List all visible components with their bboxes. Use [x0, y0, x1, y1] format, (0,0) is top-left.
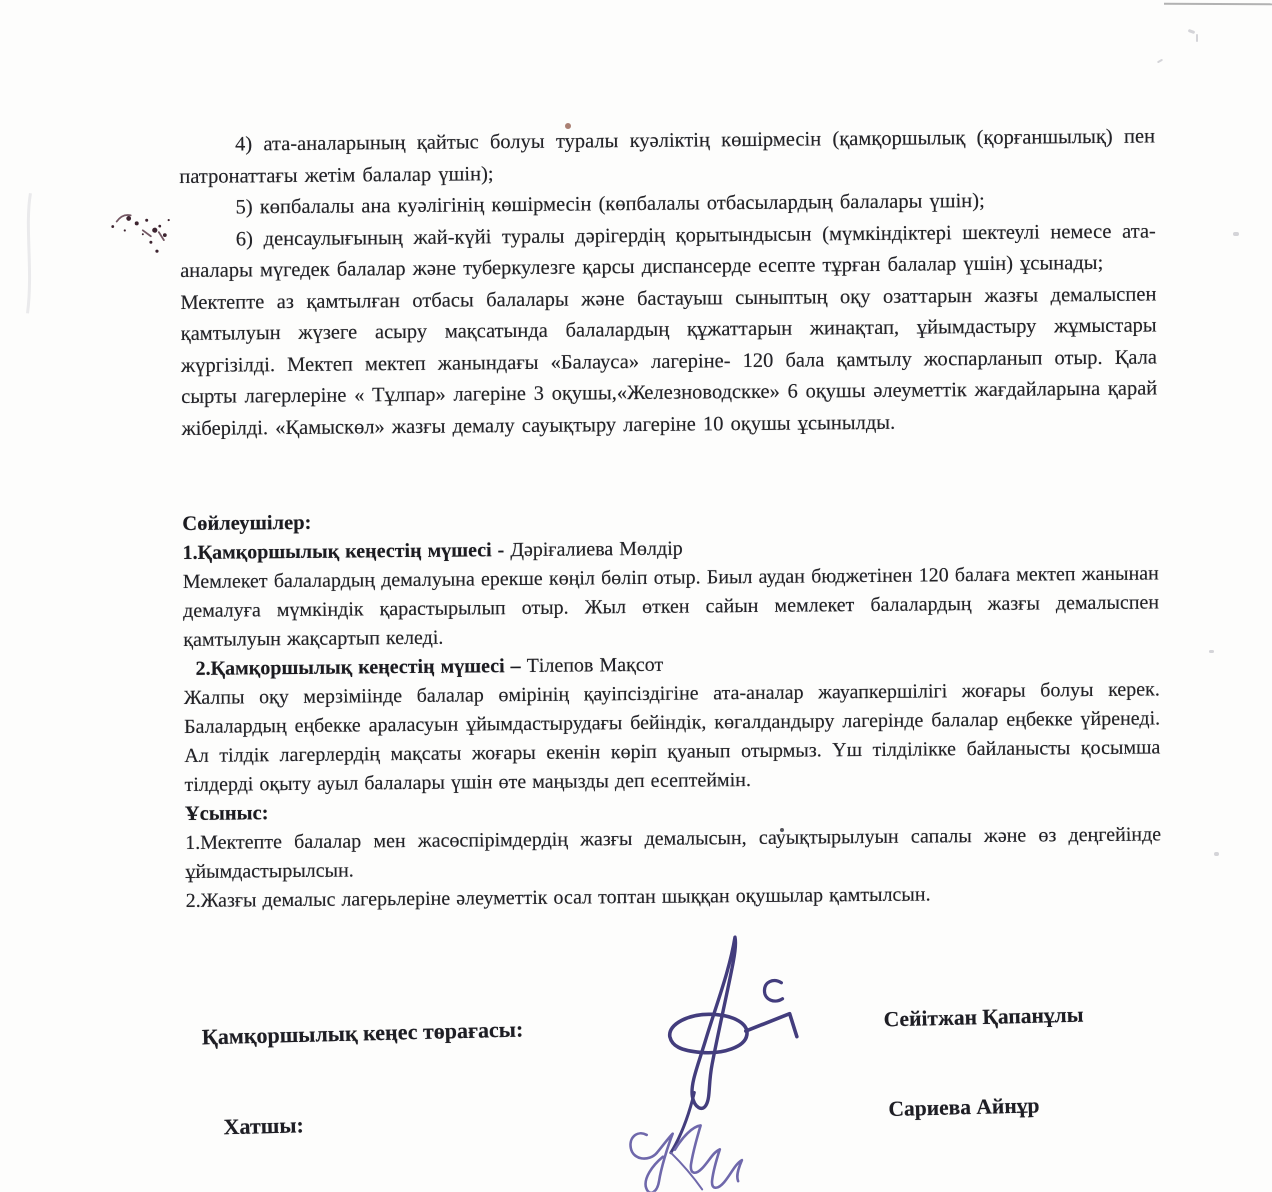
speakers-block: Сөйлеушілер: 1.Қамқоршылық кеңестің мүше…	[182, 501, 1162, 916]
list-item-4: 4) ата-аналарының қайтыс болуы туралы ку…	[179, 121, 1156, 193]
secretary-name: Сариева Айнұр	[888, 1093, 1039, 1122]
secretary-label: Хатшы:	[223, 1112, 304, 1140]
speaker1-role: 1.Қамқоршылық кеңестің мүшесі -	[183, 539, 511, 564]
speaker2-role: 2.Қамқоршылық кеңестің мүшесі –	[196, 655, 527, 680]
document-content: 4) ата-аналарының қайтыс болуы туралы ку…	[0, 0, 1272, 1192]
edge-smudge	[16, 185, 77, 336]
summary-paragraph: Мектепте аз қамтылған отбасы балалары жә…	[180, 279, 1157, 445]
proposal-item-1: 1.Мектепте балалар мен жасөспірімдердің …	[185, 820, 1161, 887]
chairman-label: Қамқоршылық кеңес төрағасы:	[202, 1016, 524, 1050]
chairman-signature	[603, 923, 865, 1192]
secretary-signature	[630, 1125, 742, 1192]
list-item-6: 6) денсаулығының жай-күйі туралы дәрігер…	[180, 216, 1157, 288]
body-text-block: 4) ата-аналарының қайтыс болуы туралы ку…	[179, 121, 1158, 445]
speaker2-statement: Жалпы оқу мерзіміінде балалар өмірінің қ…	[184, 675, 1161, 800]
chairman-name: Сейітжан Қапанұлы	[883, 1003, 1083, 1033]
speaker1-name: Дәріғалиева Мөлдір	[510, 538, 683, 562]
scanned-document-page: 4) ата-аналарының қайтыс болуы туралы ку…	[0, 0, 1272, 1192]
speaker1-statement: Мемлекет балалардың демалуына ерекше көң…	[183, 559, 1160, 655]
speaker2-name: Тілепов Мақсот	[527, 654, 664, 677]
